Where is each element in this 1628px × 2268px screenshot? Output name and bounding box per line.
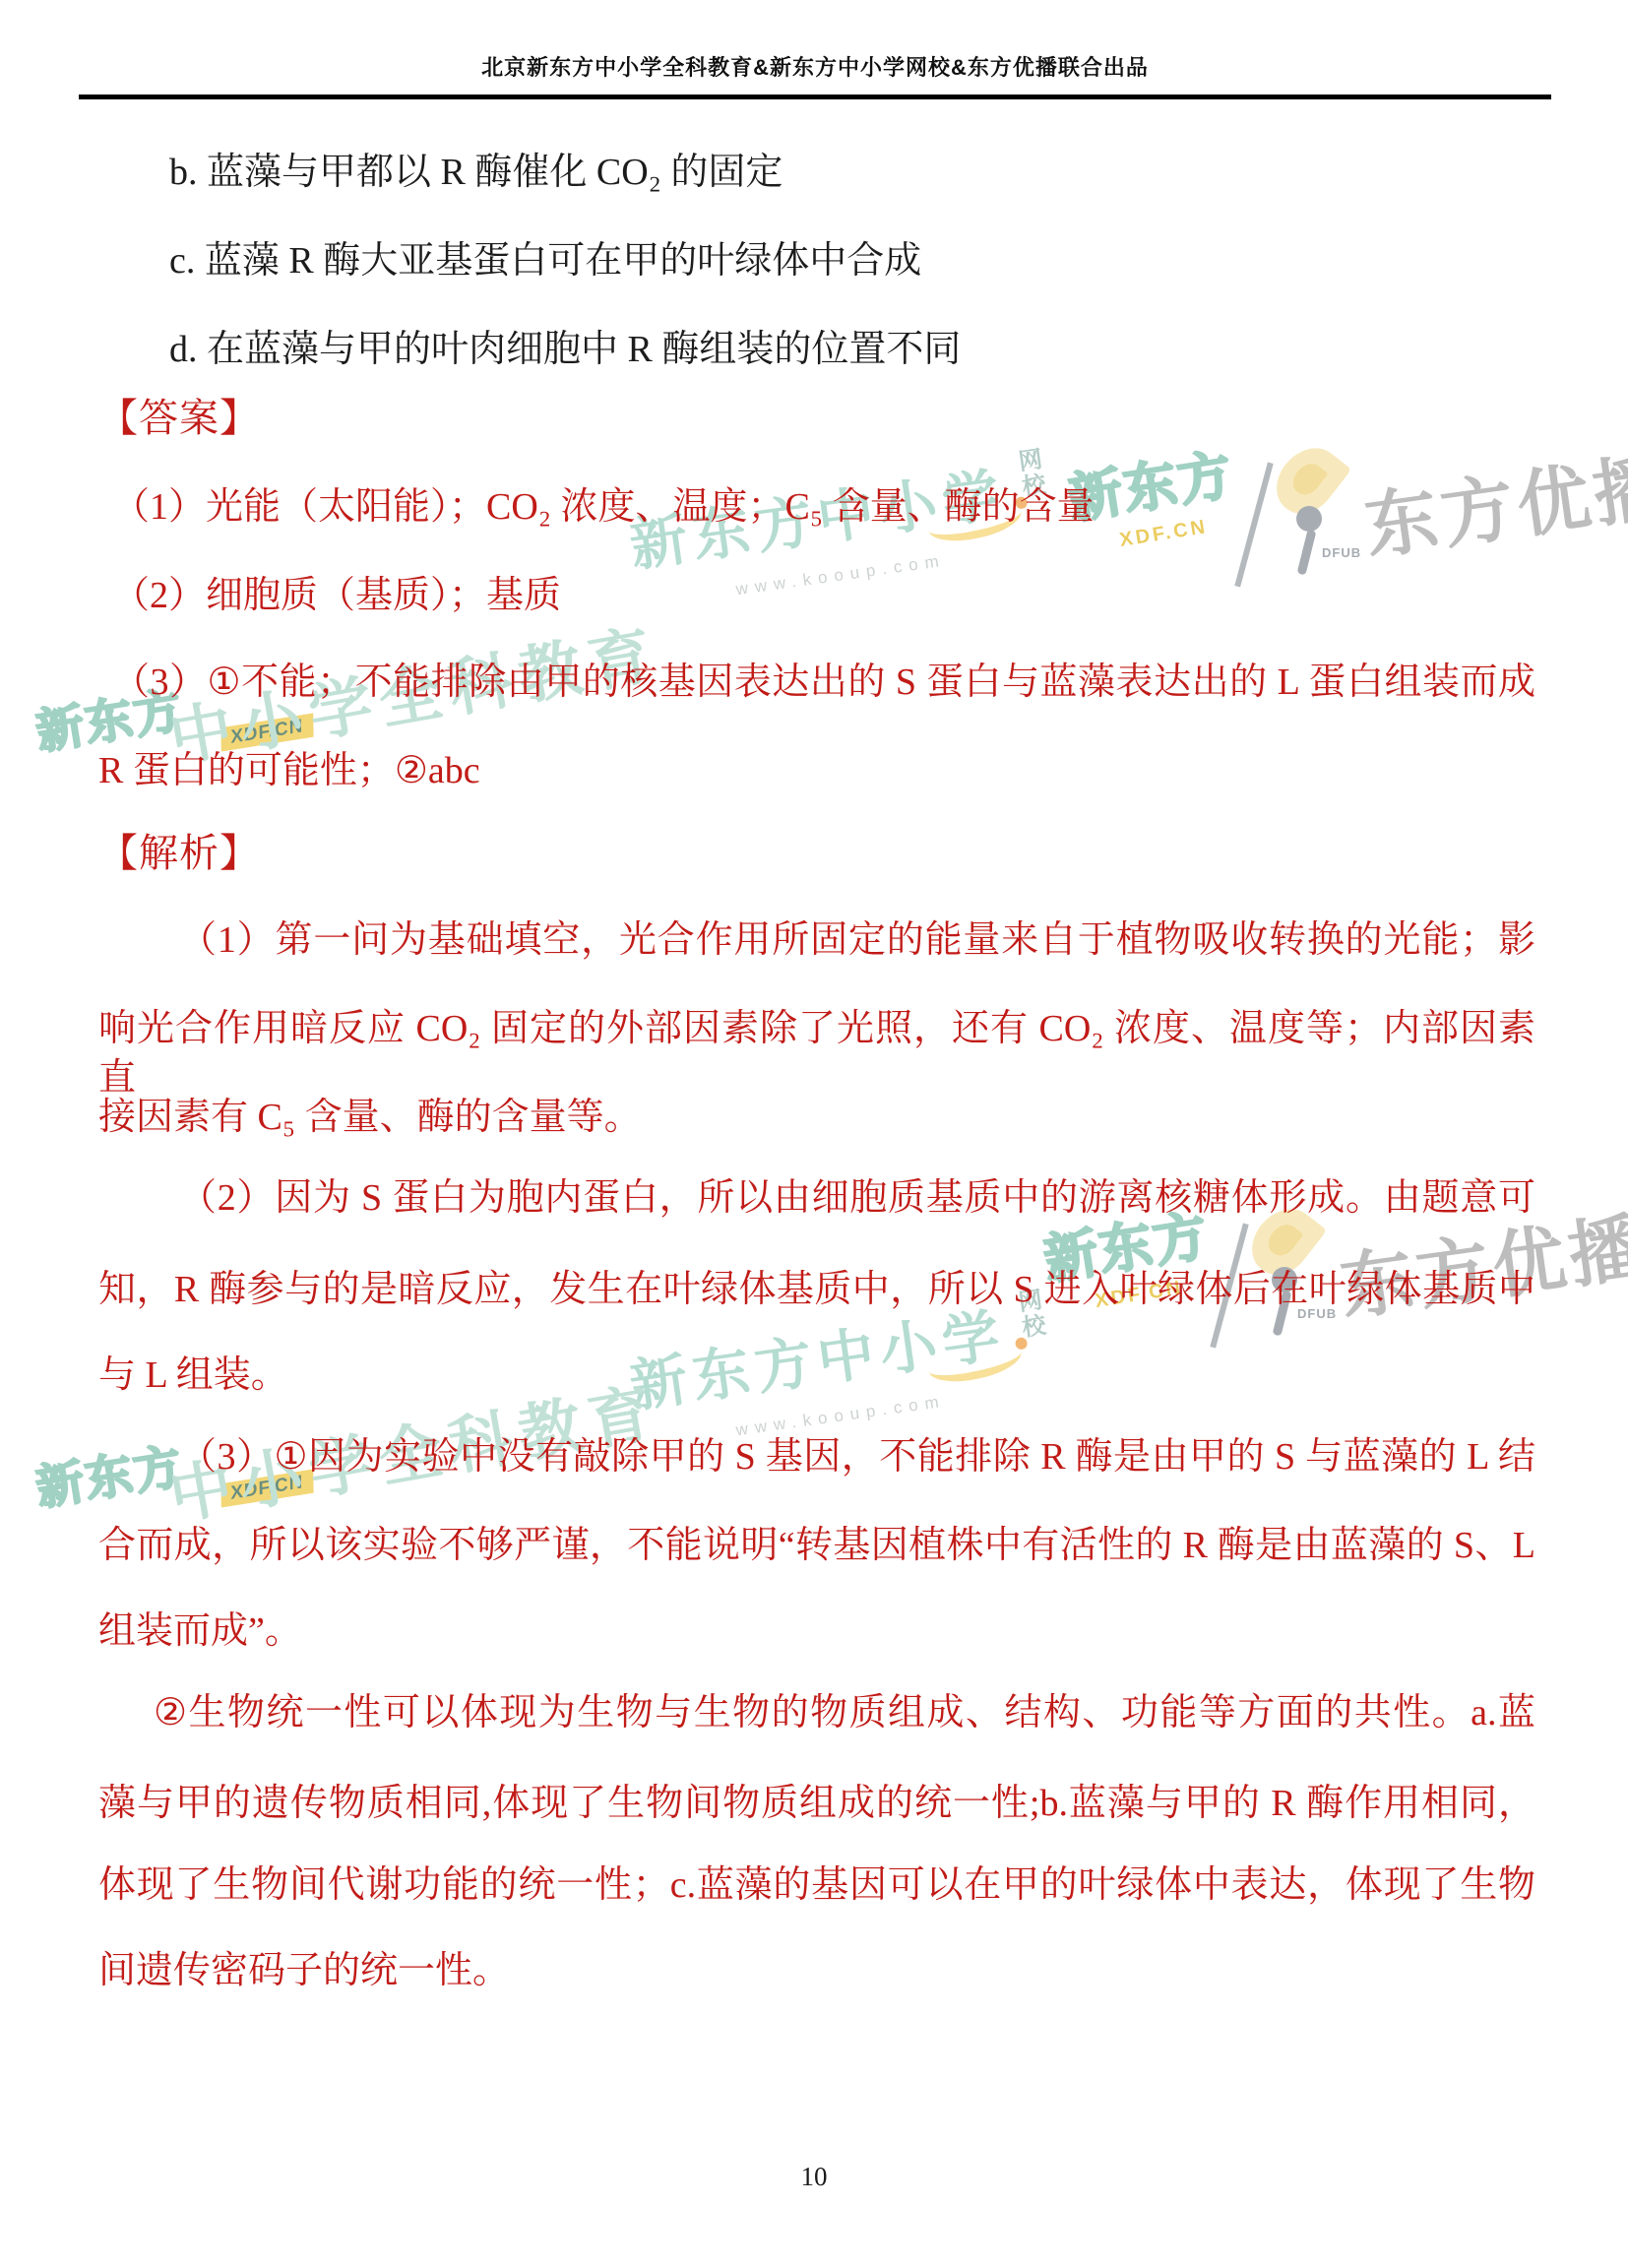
analysis-line-11: 藻与甲的遗传物质相同,体现了生物间物质组成的统一性;b.蓝藻与甲的 R 酶作用相…: [98, 1779, 1535, 1828]
analysis-line-6: 与 L 组装。: [98, 1351, 1535, 1400]
answer-line-2: （2）细胞质（基质）；基质: [98, 571, 1535, 620]
option-b-line: b. 蓝藻与甲都以 R 酶催化 CO₂ 的固定: [98, 148, 1535, 197]
analysis-line-3: 接因素有 C₅ 含量、酶的含量等。: [98, 1093, 1535, 1142]
analysis-line-12: 体现了生物间代谢功能的统一性；c.蓝藻的基因可以在甲的叶绿体中表达，体现了生物: [98, 1860, 1535, 1910]
analysis-line-7: （3）①因为实验中没有敲除甲的 S 基因，不能排除 R 酶是由甲的 S 与蓝藻的…: [98, 1432, 1535, 1481]
analysis-line-9: 组装而成”。: [98, 1606, 1535, 1656]
option-c-line: c. 蓝藻 R 酶大亚基蛋白可在甲的叶绿体中合成: [98, 236, 1535, 285]
page-footer: 10: [0, 2162, 1628, 2192]
option-d-line: d. 在蓝藻与甲的叶肉细胞中 R 酶组装的位置不同: [98, 325, 1535, 374]
analysis-line-2: 响光合作用暗反应 CO₂ 固定的外部因素除了光照，还有 CO₂ 浓度、温度等；内…: [98, 1004, 1535, 1102]
answer-line-3: （3）①不能；不能排除由甲的核基因表达出的 S 蛋白与蓝藻表达出的 L 蛋白组装…: [98, 658, 1535, 707]
analysis-line-1: （1）第一问为基础填空，光合作用所固定的能量来自于植物吸收转换的光能；影: [98, 915, 1535, 965]
answer-label: 【答案】: [98, 394, 1535, 443]
analysis-line-5: 知，R 酶参与的是暗反应，发生在叶绿体基质中，所以 S 进入叶绿体后在叶绿体基质…: [98, 1265, 1535, 1314]
content-layer: 北京新东方中小学全科教育&新东方中小学网校&东方优播联合出品 b. 蓝藻与甲都以…: [0, 0, 1628, 2268]
page-number: 10: [801, 2162, 828, 2191]
answer-line-4: R 蛋白的可能性；②abc: [98, 746, 1535, 795]
analysis-line-4: （2）因为 S 蛋白为胞内蛋白，所以由细胞质基质中的游离核糖体形成。由题意可: [98, 1173, 1535, 1223]
answer-line-1: （1）光能（太阳能）；CO₂ 浓度、温度；C₅ 含量、酶的含量: [98, 482, 1535, 532]
page-header: 北京新东方中小学全科教育&新东方中小学网校&东方优播联合出品: [79, 51, 1551, 99]
analysis-line-13: 间遗传密码子的统一性。: [98, 1946, 1535, 1995]
header-title: 北京新东方中小学全科教育&新东方中小学网校&东方优播联合出品: [79, 51, 1551, 82]
analysis-line-8: 合而成，所以该实验不够严谨，不能说明“转基因植株中有活性的 R 酶是由蓝藻的 S…: [98, 1521, 1535, 1570]
analysis-line-10: ②生物统一性可以体现为生物与生物的物质组成、结构、功能等方面的共性。a.蓝: [98, 1688, 1535, 1737]
document-page: 新东方中小学 网校 www.kooup.com 新东方 XDF.CN DFUB …: [0, 0, 1628, 2268]
analysis-label: 【解析】: [98, 829, 1535, 878]
